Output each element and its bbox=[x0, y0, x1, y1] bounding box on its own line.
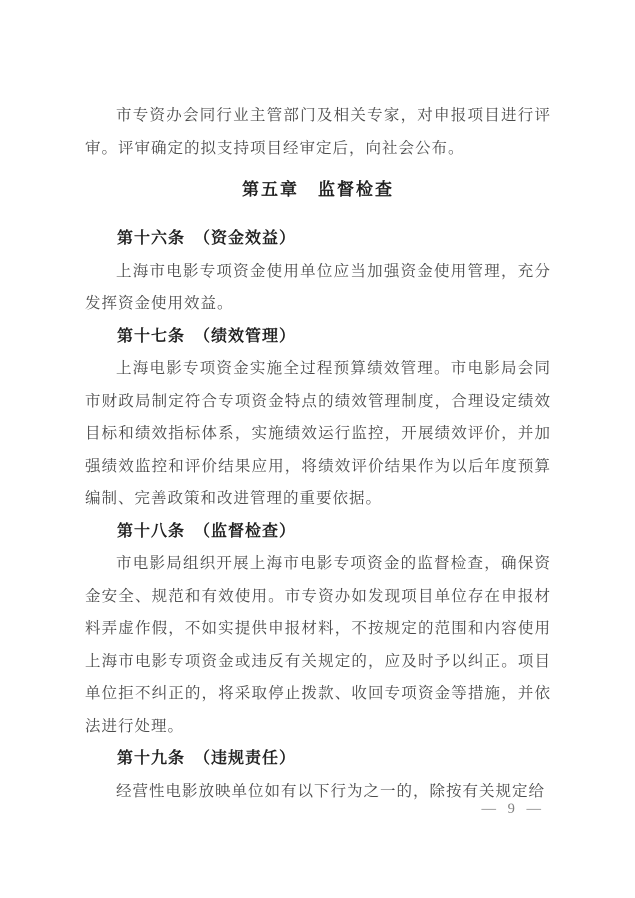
article-18-body: 市电影局组织开展上海市电影专项资金的监督检查，确保资金安全、规范和有效使用。市专… bbox=[85, 548, 551, 743]
article-17-heading: 第十七条 （绩效管理） bbox=[85, 321, 551, 354]
article-18-heading: 第十八条 （监督检查） bbox=[85, 516, 551, 549]
chapter-heading: 第五章 监督检查 bbox=[85, 173, 551, 207]
article-16-heading: 第十六条 （资金效益） bbox=[85, 223, 551, 256]
article-17-body: 上海电影专项资金实施全过程预算绩效管理。市电影局会同市财政局制定符合专项资金特点… bbox=[85, 353, 551, 516]
article-19-heading: 第十九条 （违规责任） bbox=[85, 743, 551, 776]
intro-paragraph: 市专资办会同行业主管部门及相关专家，对申报项目进行评审。评审确定的拟支持项目经审… bbox=[85, 100, 551, 165]
page-number: — 9 — bbox=[482, 800, 546, 818]
document-page: 市专资办会同行业主管部门及相关专家，对申报项目进行评审。评审确定的拟支持项目经审… bbox=[0, 0, 635, 898]
article-16-body: 上海市电影专项资金使用单位应当加强资金使用管理，充分发挥资金使用效益。 bbox=[85, 256, 551, 321]
document-body: 市专资办会同行业主管部门及相关专家，对申报项目进行评审。评审确定的拟支持项目经审… bbox=[85, 100, 551, 808]
